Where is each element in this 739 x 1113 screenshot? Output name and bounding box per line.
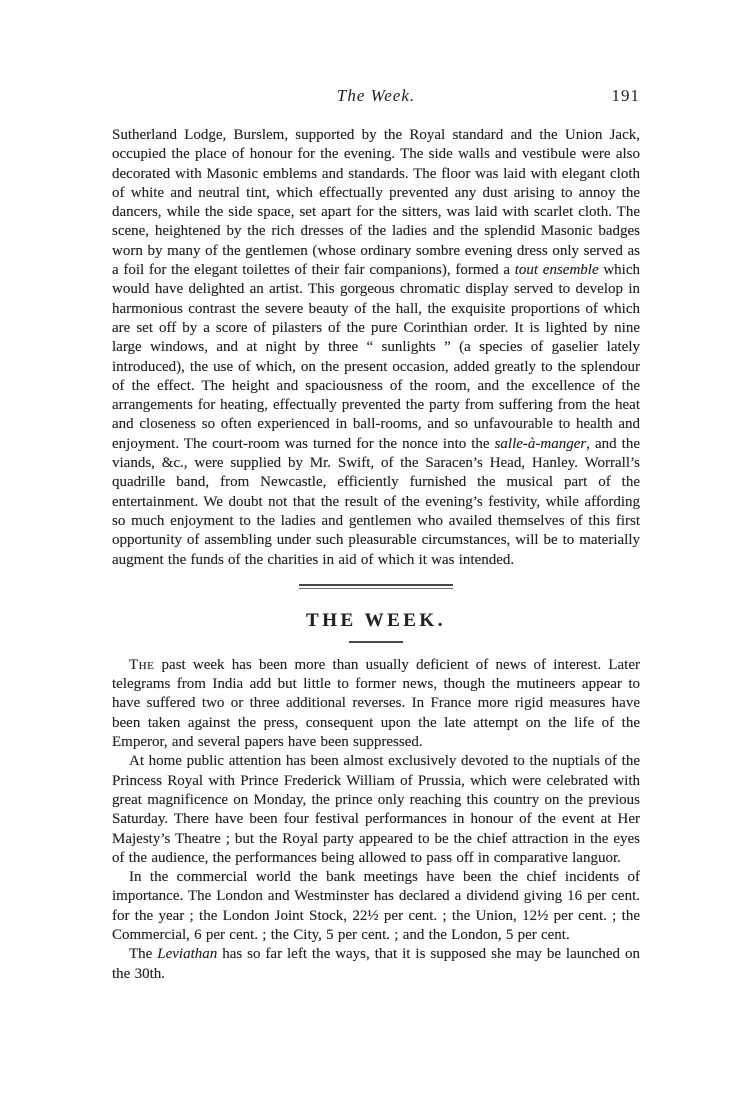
running-header: The Week. 191 bbox=[112, 86, 640, 108]
paragraph: Sutherland Lodge, Burslem, supported by … bbox=[112, 126, 640, 570]
section-heading: THE WEEK. bbox=[112, 610, 640, 632]
text-column: The Week. 191 Sutherland Lodge, Burslem,… bbox=[112, 0, 640, 984]
heading-rule bbox=[349, 641, 403, 643]
running-header-title: The Week. bbox=[337, 86, 415, 105]
paragraph: In the commercial world the bank meeting… bbox=[112, 868, 640, 945]
scanned-page: The Week. 191 Sutherland Lodge, Burslem,… bbox=[0, 0, 739, 1113]
page-number: 191 bbox=[612, 86, 641, 106]
lodge-report-continuation: Sutherland Lodge, Burslem, supported by … bbox=[112, 126, 640, 570]
section-divider-rule bbox=[299, 584, 453, 589]
paragraph: The past week has been more than usually… bbox=[112, 656, 640, 752]
paragraph: The Leviathan has so far left the ways, … bbox=[112, 945, 640, 984]
page-body: Sutherland Lodge, Burslem, supported by … bbox=[112, 126, 640, 984]
the-week-section: THE WEEK. The past week has been more th… bbox=[112, 610, 640, 984]
paragraph: At home public attention has been almost… bbox=[112, 752, 640, 868]
